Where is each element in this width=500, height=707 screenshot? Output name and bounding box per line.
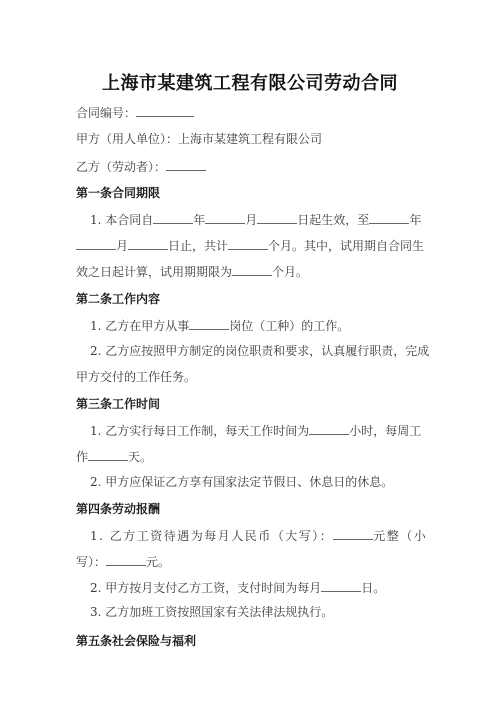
section-heading: 第四条劳动报酬 — [76, 501, 160, 517]
paragraph-line: 2. 甲方按月支付乙方工资，支付时间为每月日。 — [90, 579, 385, 596]
party-b-label: 乙方（劳动者）： — [76, 160, 166, 174]
contract-number-label: 合同编号： — [76, 106, 136, 120]
section-heading: 第三条工作时间 — [76, 396, 160, 412]
paragraph-line: 月日止，共计个月。其中，试用期自合同生 — [76, 237, 424, 254]
paragraph-line: 作天。 — [76, 448, 152, 465]
paragraph-line: 1. 乙方实行每日工作制，每天工作时间为小时，每周工 — [90, 422, 421, 439]
section-heading: 第一条合同期限 — [76, 185, 160, 201]
party-a-label: 甲方（用人单位）： — [76, 132, 178, 146]
paragraph-line: 2. 乙方应按照甲方制定的岗位职责和要求，认真履行职责，完成 — [90, 343, 429, 359]
paragraph-line: 写）：元。 — [76, 553, 170, 570]
paragraph-line: 2. 甲方应保证乙方享有国家法定节假日、休息日的休息。 — [90, 474, 393, 490]
contract-number-blank — [136, 104, 194, 117]
party-b-line: 乙方（劳动者）： — [76, 158, 206, 175]
party-a-value: 上海市某建筑工程有限公司 — [178, 132, 322, 146]
paragraph-line: 3. 乙方加班工资按照国家有关法律法规执行。 — [90, 604, 333, 620]
paragraph-line: 1. 乙方在甲方从事岗位（工种）的工作。 — [90, 317, 349, 334]
paragraph-line: 甲方交付的工作任务。 — [76, 369, 196, 385]
contract-number-line: 合同编号： — [76, 104, 194, 121]
party-a-line: 甲方（用人单位）：上海市某建筑工程有限公司 — [76, 131, 322, 147]
section-heading: 第五条社会保险与福利 — [76, 633, 196, 649]
paragraph-line: 1. 乙方工资待遇为每月人民币（大写）：元整（小 — [90, 527, 427, 544]
paragraph-line: 1. 本合同自年月日起生效，至年 — [90, 211, 421, 228]
party-b-blank — [166, 158, 206, 171]
document-title: 上海市某建筑工程有限公司劳动合同 — [0, 69, 500, 95]
paragraph-line: 效之日起计算，试用期期限为个月。 — [76, 263, 308, 280]
section-heading: 第二条工作内容 — [76, 291, 160, 307]
